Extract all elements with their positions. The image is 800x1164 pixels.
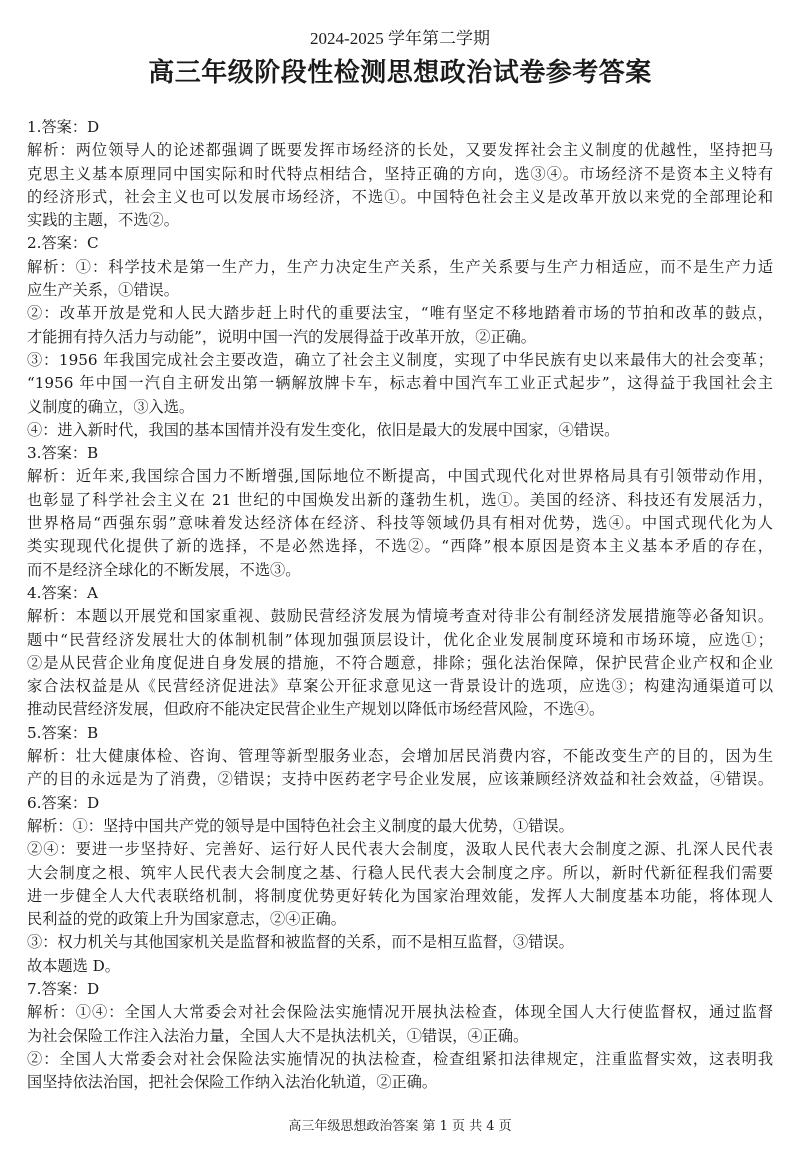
- document-header: 2024-2025 学年第二学期 高三年级阶段性检测思想政治试卷参考答案: [0, 28, 800, 90]
- explanation-line: 解析：①：科学技术是第一生产力，生产力决定生产关系，生产关系要与生产力相适应，而…: [27, 256, 773, 279]
- explanation-line: 世界格局“西强东弱”意味着发达经济体在经济、科技等领域仍具有相对优势，选④。中国…: [27, 512, 773, 535]
- answer-heading: 7.答案：D: [27, 978, 773, 1001]
- explanation-line: 大会制度之根、筑牢人民代表大会制度之基、行稳人民代表大会制度之序。所以，新时代新…: [27, 862, 773, 885]
- explanation-line: 克思主义基本原理同中国实际和时代特点相结合，坚持正确的方向，选③④。市场经济不是…: [27, 163, 773, 186]
- explanation-line: 实践的主题，不选②。: [27, 209, 773, 232]
- answer-heading: 3.答案：B: [27, 442, 773, 465]
- explanation-line: ②④：要进一步坚持好、完善好、运行好人民代表大会制度，汲取人民代表大会制度之源、…: [27, 838, 773, 861]
- explanation-line: 义制度的确立，③入选。: [27, 396, 773, 419]
- explanation-line: 类实现现代化提供了新的选择，不是必然选择，不选②。“西降”根本原因是资本主义基本…: [27, 535, 773, 558]
- explanation-line: 解析：壮大健康体检、咨询、管理等新型服务业态，会增加居民消费内容，不能改变生产的…: [27, 745, 773, 768]
- answer-body: 1.答案：D解析：两位领导人的论述都强调了既要发挥市场经济的长处，又要发挥社会主…: [27, 116, 773, 1094]
- page-footer: 高三年级思想政治答案 第 1 页 共 4 页: [0, 1118, 800, 1136]
- explanation-line: ③：1956 年我国完成社会主要改造，确立了社会主义制度，实现了中华民族有史以来…: [27, 349, 773, 372]
- explanation-line: 家合法权益是从《民营经济促进法》草案公开征求意见这一背景设计的选项，应选③；构建…: [27, 675, 773, 698]
- explanation-line: 解析：本题以开展党和国家重视、鼓励民营经济发展为情境考查对待非公有制经济发展措施…: [27, 605, 773, 628]
- explanation-line: ②：改革开放是党和人民大踏步赶上时代的重要法宝，“唯有坚定不移地踏着市场的节拍和…: [27, 302, 773, 325]
- explanation-line: 推动民营经济发展，但政府不能决定民营企业生产规划以降低市场经营风险，不选④。: [27, 698, 773, 721]
- explanation-line: 为社会保险工作注入法治力量，全国人大不是执法机关，①错误，④正确。: [27, 1025, 773, 1048]
- explanation-line: 故本题选 D。: [27, 955, 773, 978]
- explanation-line: 进一步健全人大代表联络机制，将制度优势更好转化为国家治理效能，发挥人大制度基本功…: [27, 885, 773, 908]
- explanation-line: 产的目的永远是为了消费，②错误；支持中医药老字号企业发展，应该兼顾经济效益和社会…: [27, 768, 773, 791]
- explanation-line: 的经济形式，社会主义也可以发展市场经济，不选①。中国特色社会主义是改革开放以来党…: [27, 186, 773, 209]
- explanation-line: ②：全国人大常委会对社会保险法实施情况的执法检查，检查组紧扣法律规定，注重监督实…: [27, 1048, 773, 1071]
- term-label: 2024-2025 学年第二学期: [0, 28, 800, 50]
- explanation-line: 解析：两位领导人的论述都强调了既要发挥市场经济的长处，又要发挥社会主义制度的优越…: [27, 139, 773, 162]
- document-title: 高三年级阶段性检测思想政治试卷参考答案: [0, 56, 800, 90]
- answer-heading: 2.答案：C: [27, 232, 773, 255]
- explanation-line: 民利益的党的政策上升为国家意志，②④正确。: [27, 908, 773, 931]
- explanation-line: 解析：近年来,我国综合国力不断增强,国际地位不断提高，中国式现代化对世界格局具有…: [27, 465, 773, 488]
- explanation-line: 才能拥有持久活力与动能”，说明中国一汽的发展得益于改革开放，②正确。: [27, 326, 773, 349]
- explanation-line: 题中“民营经济发展壮大的体制机制”体现加强顶层设计，优化企业发展制度环境和市场环…: [27, 629, 773, 652]
- explanation-line: 国坚持依法治国，把社会保险工作纳入法治化轨道，②正确。: [27, 1071, 773, 1094]
- answer-heading: 4.答案：A: [27, 582, 773, 605]
- explanation-line: ③：权力机关与其他国家机关是监督和被监督的关系，而不是相互监督，③错误。: [27, 931, 773, 954]
- explanation-line: 解析：①④：全国人大常委会对社会保险法实施情况开展执法检查，体现全国人大行使监督…: [27, 1001, 773, 1024]
- explanation-line: 解析：①：坚持中国共产党的领导是中国特色社会主义制度的最大优势，①错误。: [27, 815, 773, 838]
- explanation-line: 应生产关系，①错误。: [27, 279, 773, 302]
- explanation-line: ④：进入新时代，我国的基本国情并没有发生变化，依旧是最大的发展中国家，④错误。: [27, 419, 773, 442]
- explanation-line: 而不是经济全球化的不断发展，不选③。: [27, 559, 773, 582]
- answer-heading: 6.答案：D: [27, 792, 773, 815]
- answer-heading: 1.答案：D: [27, 116, 773, 139]
- explanation-line: “1956 年中国一汽自主研发出第一辆解放牌卡车，标志着中国汽车工业正式起步”，…: [27, 372, 773, 395]
- explanation-line: ②是从民营企业角度促进自身发展的措施，不符合题意，排除；强化法治保障，保护民营企…: [27, 652, 773, 675]
- answer-heading: 5.答案：B: [27, 722, 773, 745]
- explanation-line: 也彰显了科学社会主义在 21 世纪的中国焕发出新的蓬勃生机，选①。美国的经济、科…: [27, 489, 773, 512]
